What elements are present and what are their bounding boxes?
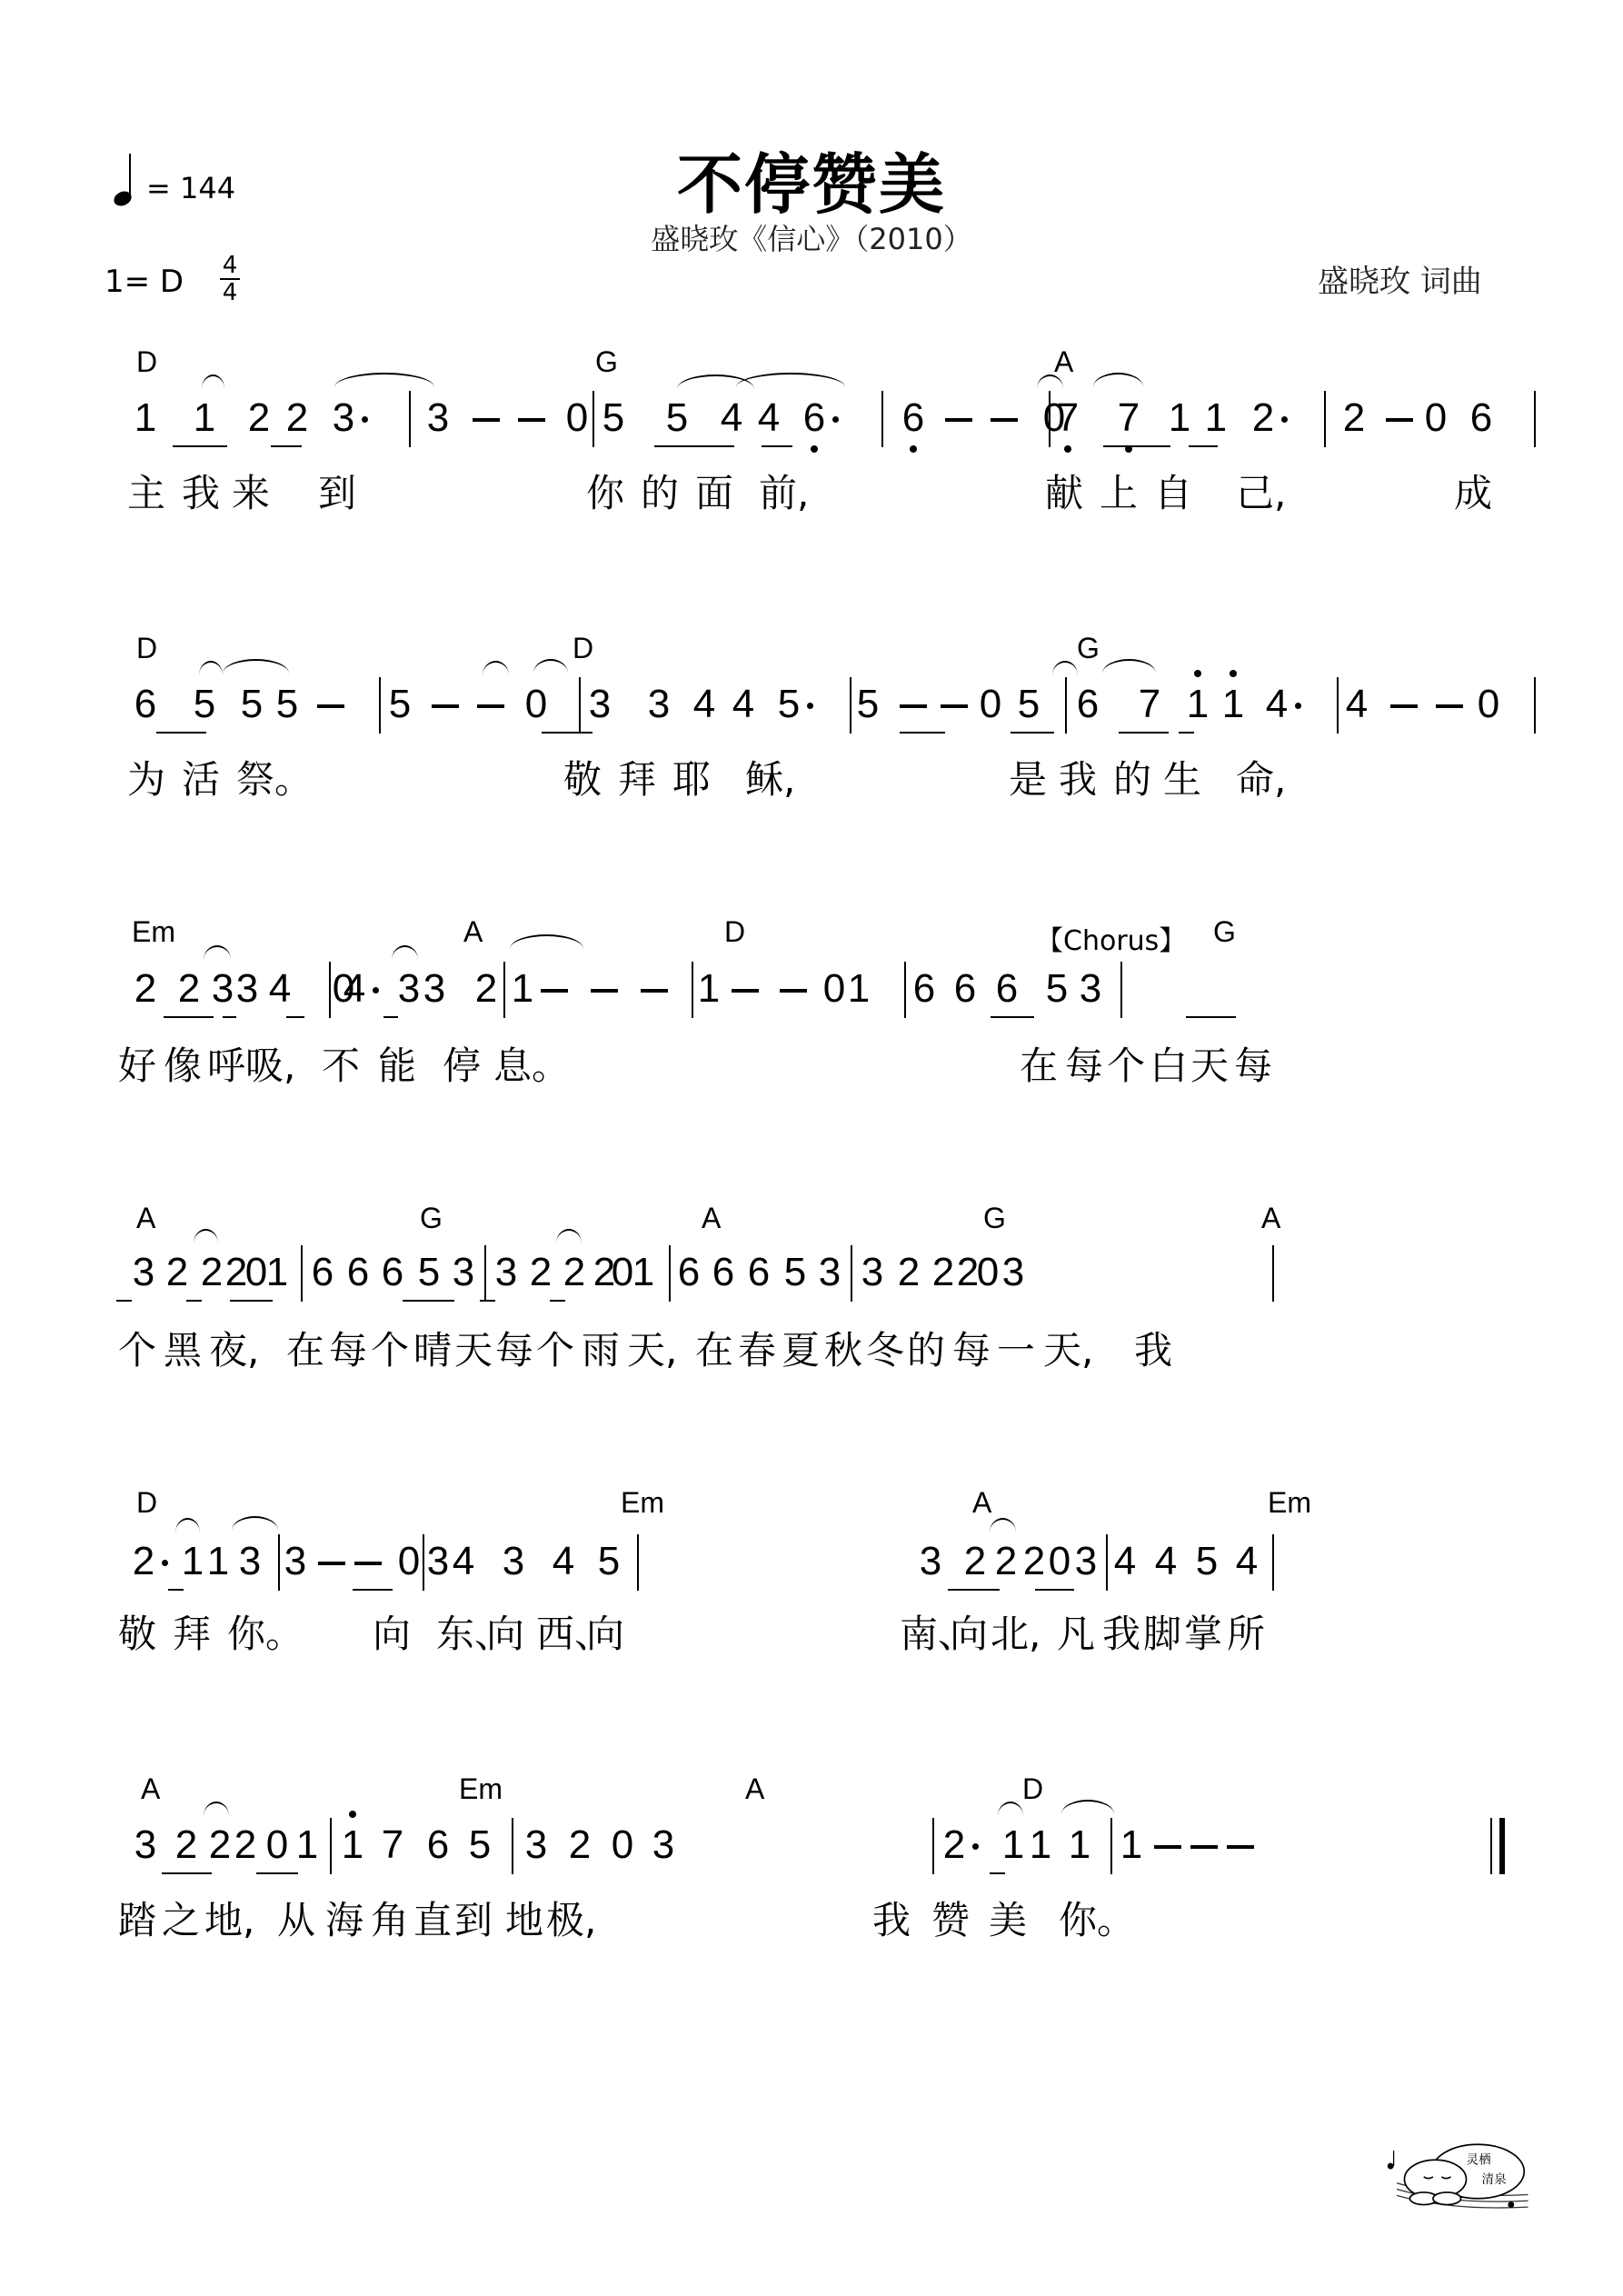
jianpu-note: 6 — [989, 966, 1025, 1012]
barline — [329, 962, 331, 1018]
lyric-syllable: 献 — [1045, 464, 1083, 518]
low-octave-dot — [811, 445, 818, 453]
lyric-syllable: 停 — [443, 1036, 481, 1091]
barline — [1534, 677, 1536, 734]
eighth-underline — [1189, 445, 1218, 447]
jianpu-note: 5 — [1011, 682, 1047, 727]
lyric-syllable: 极, — [546, 1891, 596, 1945]
high-octave-dot — [349, 1811, 356, 1818]
lyric-syllable: 来 — [232, 464, 270, 518]
jianpu-note: 3 — [1068, 1539, 1104, 1584]
jianpu-note: 7 — [374, 1822, 411, 1868]
tempo-marking: = 144 — [114, 155, 235, 205]
jianpu-note: 6 — [340, 1250, 376, 1295]
lyric-syllable: 向 — [950, 1604, 988, 1659]
jianpu-note: 7 — [1131, 682, 1168, 727]
eighth-underline — [542, 732, 592, 734]
lyric-syllable: 活 — [182, 750, 220, 804]
jianpu-note: 3 — [232, 1539, 268, 1584]
jianpu-note: 3 — [416, 966, 453, 1012]
lyric-syllable: 之 — [162, 1891, 200, 1945]
slur-tie — [510, 934, 583, 949]
jianpu-note: 3 — [495, 1539, 532, 1584]
eighth-underline — [168, 1589, 184, 1591]
lyric-syllable: 每 — [329, 1321, 367, 1375]
jianpu-note: 5 — [595, 395, 632, 441]
slur-tie — [1093, 373, 1143, 387]
barline — [409, 391, 411, 447]
lyric-syllable: 黑 — [164, 1321, 202, 1375]
jianpu-note: 4 — [751, 395, 787, 441]
slur-tie — [202, 374, 224, 389]
chord-symbol: Em — [1268, 1486, 1311, 1520]
jianpu-note: 5 — [411, 1250, 447, 1295]
jianpu-note: 4 — [1339, 682, 1375, 727]
lyric-syllable: 像 — [164, 1036, 202, 1091]
lyric-syllable: 天 — [454, 1321, 493, 1375]
sustain-dash — [1436, 704, 1463, 708]
jianpu-note: 2 — [891, 1250, 927, 1295]
jianpu-note: 1 — [200, 1539, 236, 1584]
lyric-syllable: 呼 — [207, 1036, 245, 1091]
jianpu-note: 2 — [159, 1250, 195, 1295]
chord-symbol: A — [745, 1772, 764, 1806]
jianpu-note: 6 — [906, 966, 942, 1012]
jianpu-note: 2 — [241, 395, 277, 441]
lyric-syllable: 春 — [738, 1321, 776, 1375]
jianpu-note: 1 — [289, 1822, 325, 1868]
jianpu-note: 0 — [604, 1822, 641, 1868]
svg-text:清泉: 清泉 — [1482, 2172, 1508, 2187]
barline — [851, 1245, 852, 1302]
lyric-syllable: 掌 — [1184, 1604, 1222, 1659]
slur-tie — [204, 945, 231, 960]
augmentation-dot — [972, 1843, 979, 1850]
lyric-syllable: 北, — [991, 1604, 1041, 1659]
jianpu-note: 3 — [127, 1822, 164, 1868]
lyric-syllable: 自 — [1154, 464, 1192, 518]
slur-tie — [392, 945, 418, 960]
jianpu-note: 6 — [895, 395, 931, 441]
jianpu-note: 6 — [947, 966, 983, 1012]
sustain-dash — [473, 418, 500, 422]
lyric-syllable: 你。 — [227, 1604, 304, 1659]
lyric-syllable: 生 — [1163, 750, 1201, 804]
chord-symbol: D — [1022, 1772, 1043, 1806]
jianpu-note: 3 — [645, 1822, 682, 1868]
jianpu-note: 4 — [545, 1539, 582, 1584]
jianpu-note: 3 — [518, 1822, 554, 1868]
lyric-syllable: 吸, — [245, 1036, 295, 1091]
lyric-syllable: 天 — [1190, 1036, 1229, 1091]
chord-symbol: G — [420, 1202, 443, 1235]
song-title: 不停赞美 — [0, 132, 1623, 226]
jianpu-note: 3 — [445, 1250, 482, 1295]
jianpu-note: 4 — [725, 682, 762, 727]
sustain-dash — [518, 418, 545, 422]
lyric-syllable: 你。 — [1059, 1891, 1135, 1945]
jianpu-note: 6 — [796, 395, 832, 441]
lyric-syllable: 从 — [277, 1891, 315, 1945]
lyric-syllable: 雨 — [582, 1321, 620, 1375]
chord-symbol: D — [136, 345, 157, 379]
jianpu-note: 3 — [277, 1539, 314, 1584]
augmentation-dot — [832, 416, 839, 423]
chord-symbol: Em — [132, 915, 175, 949]
chord-symbol: A — [1261, 1202, 1280, 1235]
sustain-dash — [318, 1562, 345, 1565]
sustain-dash — [1154, 1845, 1181, 1849]
jianpu-note: 6 — [1463, 395, 1499, 441]
jianpu-note: 1 — [259, 1250, 295, 1295]
jianpu-note: 1 — [504, 966, 541, 1012]
jianpu-note: 3 — [854, 1250, 891, 1295]
jianpu-note: 1 — [1061, 1822, 1098, 1868]
time-signature: 4 4 — [216, 253, 244, 305]
eighth-underline — [1119, 732, 1169, 734]
jianpu-note: 5 — [591, 1539, 627, 1584]
jianpu-note: 4 — [686, 682, 722, 727]
jianpu-note: 6 — [1070, 682, 1106, 727]
barline — [932, 1818, 934, 1874]
jianpu-note: 5 — [186, 682, 223, 727]
final-barline-thick — [1499, 1818, 1505, 1874]
eighth-underline — [116, 1300, 132, 1302]
lyric-syllable: 个 — [1107, 1036, 1145, 1091]
lyric-syllable: 我 — [1059, 750, 1097, 804]
eighth-underline — [900, 732, 945, 734]
lyric-syllable: 我 — [872, 1891, 911, 1945]
barline — [1272, 1245, 1274, 1302]
sustain-dash — [541, 989, 568, 993]
slur-tie — [204, 1802, 229, 1816]
barline — [579, 677, 581, 734]
lyric-syllable: 脚 — [1143, 1604, 1181, 1659]
jianpu-note: 1 — [334, 1822, 371, 1868]
chord-symbol: A — [702, 1202, 721, 1235]
sustain-dash — [591, 989, 618, 993]
lyric-syllable: 前, — [759, 464, 809, 518]
chord-symbol: D — [724, 915, 745, 949]
lyric-syllable: 命, — [1236, 750, 1286, 804]
barline — [379, 677, 381, 734]
jianpu-note: 6 — [374, 1250, 411, 1295]
jianpu-note: 2 — [227, 1822, 264, 1868]
jianpu-note: 0 — [1470, 682, 1507, 727]
chord-symbol: A — [136, 1202, 155, 1235]
slur-tie — [194, 1229, 218, 1243]
jianpu-note: 1 — [1198, 395, 1234, 441]
jianpu-note: 2 — [125, 1539, 162, 1584]
slur-tie — [334, 373, 434, 387]
barline — [301, 1245, 303, 1302]
lyric-syllable: 天, — [627, 1321, 677, 1375]
slur-tie — [736, 373, 845, 387]
jianpu-note: 1 — [1215, 682, 1251, 727]
augmentation-dot — [373, 987, 379, 993]
sustain-dash — [1227, 1845, 1254, 1849]
sustain-dash — [477, 704, 504, 708]
lyric-syllable: 拜 — [173, 1604, 211, 1659]
jianpu-note: 5 — [269, 682, 305, 727]
sustain-dash — [641, 989, 668, 993]
lyric-syllable: 每 — [1234, 1036, 1272, 1091]
augmentation-dot — [362, 416, 368, 423]
lyric-syllable: 凡 — [1057, 1604, 1095, 1659]
lyric-syllable: 息。 — [493, 1036, 570, 1091]
barline — [330, 1818, 332, 1874]
jianpu-note: 7 — [1110, 395, 1147, 441]
jianpu-note: 2 — [936, 1822, 972, 1868]
eighth-underline — [948, 1589, 1000, 1591]
sustain-dash — [1386, 418, 1413, 422]
lyric-syllable: 白 — [1150, 1036, 1188, 1091]
lyric-syllable: 敬 — [563, 750, 602, 804]
jianpu-note: 2 — [1245, 395, 1281, 441]
jianpu-note: 4 — [1148, 1539, 1184, 1584]
lyric-syllable: 地, — [204, 1891, 254, 1945]
time-signature-top: 4 — [216, 253, 244, 278]
lyric-syllable: 夏 — [782, 1321, 820, 1375]
barline — [423, 1534, 424, 1591]
lyric-syllable: 在 — [286, 1321, 324, 1375]
barline — [1534, 391, 1536, 447]
lyric-syllable: 成 — [1454, 464, 1492, 518]
slur-tie — [483, 661, 509, 675]
sustain-dash — [991, 418, 1018, 422]
lyric-syllable: 向 — [486, 1604, 524, 1659]
lyric-syllable: 每 — [952, 1321, 991, 1375]
jianpu-note: 1 — [1022, 1822, 1059, 1868]
jianpu-note: 5 — [659, 395, 695, 441]
jianpu-note: 5 — [462, 1822, 498, 1868]
lyric-syllable: 我 — [1102, 1604, 1140, 1659]
high-octave-dot — [1230, 670, 1237, 677]
lyric-syllable: 踏 — [118, 1891, 156, 1945]
lyric-syllable: 上 — [1100, 464, 1138, 518]
eighth-underline — [256, 1872, 298, 1874]
eighth-underline — [991, 1016, 1034, 1018]
lyric-syllable: 个 — [371, 1321, 409, 1375]
lyric-syllable: 夜, — [209, 1321, 259, 1375]
lyric-syllable: 直 — [413, 1891, 452, 1945]
lyric-syllable: 海 — [325, 1891, 363, 1945]
jianpu-note: 2 — [171, 966, 207, 1012]
lyric-syllable: 赞 — [931, 1891, 970, 1945]
lyric-syllable: 我 — [1134, 1321, 1172, 1375]
tempo-value: = 144 — [146, 171, 235, 205]
jianpu-note: 2 — [468, 966, 504, 1012]
eighth-underline — [990, 1872, 1005, 1874]
time-signature-bottom: 4 — [216, 280, 244, 305]
jianpu-note: 3 — [125, 1250, 162, 1295]
jianpu-note: 5 — [777, 1250, 813, 1295]
jianpu-note: 4 — [445, 1539, 482, 1584]
jianpu-note: 0 — [518, 682, 554, 727]
eighth-underline — [1103, 445, 1170, 447]
chord-symbol: Em — [621, 1486, 664, 1520]
chord-symbol: A — [463, 915, 483, 949]
lyric-syllable: 到 — [454, 1891, 493, 1945]
barline — [1110, 1818, 1112, 1874]
augmentation-dot — [807, 703, 813, 709]
lyric-syllable: 每 — [1065, 1036, 1103, 1091]
lyric-syllable: 面 — [695, 464, 733, 518]
slur-tie — [1052, 661, 1078, 675]
lyric-syllable: 每 — [495, 1321, 533, 1375]
jianpu-note: 3 — [229, 966, 265, 1012]
lyric-syllable: 向 — [373, 1604, 411, 1659]
eighth-underline — [762, 445, 792, 447]
sustain-dash — [317, 704, 344, 708]
jianpu-note: 1 — [1113, 1822, 1150, 1868]
jianpu-note: 5 — [1189, 1539, 1225, 1584]
jianpu-note: 2 — [279, 395, 315, 441]
jianpu-note: 1 — [186, 395, 223, 441]
jianpu-note: 6 — [420, 1822, 456, 1868]
lyric-syllable: 主 — [127, 464, 165, 518]
lyric-syllable: 是 — [1009, 750, 1047, 804]
sustain-dash — [1190, 1845, 1218, 1849]
lyric-syllable: 晴 — [413, 1321, 452, 1375]
lyric-syllable: 在 — [695, 1321, 733, 1375]
sleeping-sheep-logo-icon: 灵栖 清泉 — [1381, 2136, 1536, 2222]
lyric-syllable: 秋 — [824, 1321, 862, 1375]
jianpu-note: 0 — [559, 395, 595, 441]
jianpu-note: 3 — [912, 1539, 949, 1584]
lyric-syllable: 个 — [118, 1321, 156, 1375]
chord-symbol: G — [595, 345, 618, 379]
jianpu-note: 4 — [336, 966, 373, 1012]
eighth-underline — [1035, 1589, 1074, 1591]
lyric-syllable: 向 — [586, 1604, 624, 1659]
eighth-underline — [654, 445, 734, 447]
chord-symbol: G — [983, 1202, 1006, 1235]
chord-symbol: D — [136, 632, 157, 665]
jianpu-note: 3 — [420, 395, 456, 441]
chord-symbol: D — [136, 1486, 157, 1520]
jianpu-note: 0 — [1418, 395, 1454, 441]
barline — [1120, 962, 1122, 1018]
barline — [637, 1534, 639, 1591]
jianpu-note: 3 — [1072, 966, 1109, 1012]
lyric-syllable: 所 — [1227, 1604, 1265, 1659]
jianpu-note: 4 — [1229, 1539, 1265, 1584]
lyric-syllable: 耶 — [672, 750, 711, 804]
barline — [592, 391, 594, 447]
lyric-syllable: 在 — [1020, 1036, 1058, 1091]
lyric-syllable: 的 — [641, 464, 679, 518]
jianpu-note: 3 — [488, 1250, 524, 1295]
eighth-underline — [162, 1872, 212, 1874]
jianpu-note: 4 — [262, 966, 298, 1012]
lyric-syllable: 天, — [1043, 1321, 1093, 1375]
lyric-syllable: 地 — [505, 1891, 543, 1945]
final-barline-thin — [1490, 1818, 1492, 1874]
jianpu-note: 3 — [325, 395, 362, 441]
sustain-dash — [941, 704, 968, 708]
jianpu-note: 3 — [582, 682, 618, 727]
jianpu-note: 4 — [1259, 682, 1295, 727]
slur-tie — [199, 661, 223, 675]
sustain-dash — [780, 989, 807, 993]
eighth-underline — [403, 1300, 454, 1302]
slur-tie — [556, 1229, 582, 1243]
augmentation-dot — [162, 1560, 168, 1566]
jianpu-note: 6 — [127, 682, 164, 727]
lyric-syllable: 拜 — [618, 750, 656, 804]
eighth-underline — [186, 1300, 202, 1302]
jianpu-note: 1 — [625, 1250, 662, 1295]
eighth-underline — [1186, 1016, 1236, 1018]
augmentation-dot — [1281, 416, 1288, 423]
slur-tie — [1061, 1800, 1114, 1814]
jianpu-note: 1 — [127, 395, 164, 441]
eighth-underline — [223, 1016, 236, 1018]
lyric-syllable: 好 — [118, 1036, 156, 1091]
eighth-underline — [173, 445, 227, 447]
svg-text:灵栖: 灵栖 — [1467, 2152, 1492, 2168]
quarter-note-icon — [114, 155, 137, 205]
slur-tie — [990, 1518, 1016, 1532]
chord-symbol: A — [141, 1772, 160, 1806]
jianpu-note: 5 — [771, 682, 807, 727]
lyric-syllable: 我 — [182, 464, 220, 518]
jianpu-note: 6 — [671, 1250, 707, 1295]
barline — [484, 1245, 486, 1302]
composer-credit: 盛晓玫 词曲 — [1318, 256, 1482, 301]
lyric-syllable: 个 — [536, 1321, 574, 1375]
jianpu-note: 4 — [713, 395, 750, 441]
jianpu-note: 5 — [382, 682, 418, 727]
jianpu-note: 6 — [304, 1250, 341, 1295]
low-octave-dot — [1064, 445, 1071, 453]
slur-tie — [175, 1518, 200, 1532]
jianpu-note: 5 — [234, 682, 270, 727]
lyric-syllable: 能 — [378, 1036, 416, 1091]
augmentation-dot — [1295, 703, 1301, 709]
lyric-syllable: 不 — [322, 1036, 360, 1091]
barline — [512, 1818, 513, 1874]
jianpu-note: 2 — [523, 1250, 559, 1295]
jianpu-note: 1 — [1180, 682, 1216, 727]
slur-tie — [1102, 659, 1156, 674]
lyric-syllable: 的 — [1113, 750, 1151, 804]
barline — [1065, 677, 1067, 734]
jianpu-note: 7 — [1050, 395, 1086, 441]
lyric-syllable: 稣, — [745, 750, 795, 804]
chord-symbol: G — [1077, 632, 1100, 665]
chord-symbol: A — [972, 1486, 991, 1520]
jianpu-note: 5 — [850, 682, 886, 727]
lyric-syllable: 为 — [127, 750, 165, 804]
lyric-syllable: 你 — [586, 464, 624, 518]
high-octave-dot — [1194, 670, 1201, 677]
slur-tie — [533, 659, 568, 674]
eighth-underline — [383, 1016, 398, 1018]
barline — [881, 391, 883, 447]
barline — [1272, 1534, 1274, 1591]
jianpu-note: 4 — [1107, 1539, 1143, 1584]
eighth-underline — [286, 1016, 304, 1018]
slur-tie — [223, 659, 289, 674]
jianpu-note: 1 — [1161, 395, 1198, 441]
key-signature: 1= D — [105, 264, 184, 300]
jianpu-note: 3 — [995, 1250, 1031, 1295]
sustain-dash — [354, 1562, 382, 1565]
eighth-underline — [1011, 732, 1054, 734]
eighth-underline — [480, 1300, 495, 1302]
